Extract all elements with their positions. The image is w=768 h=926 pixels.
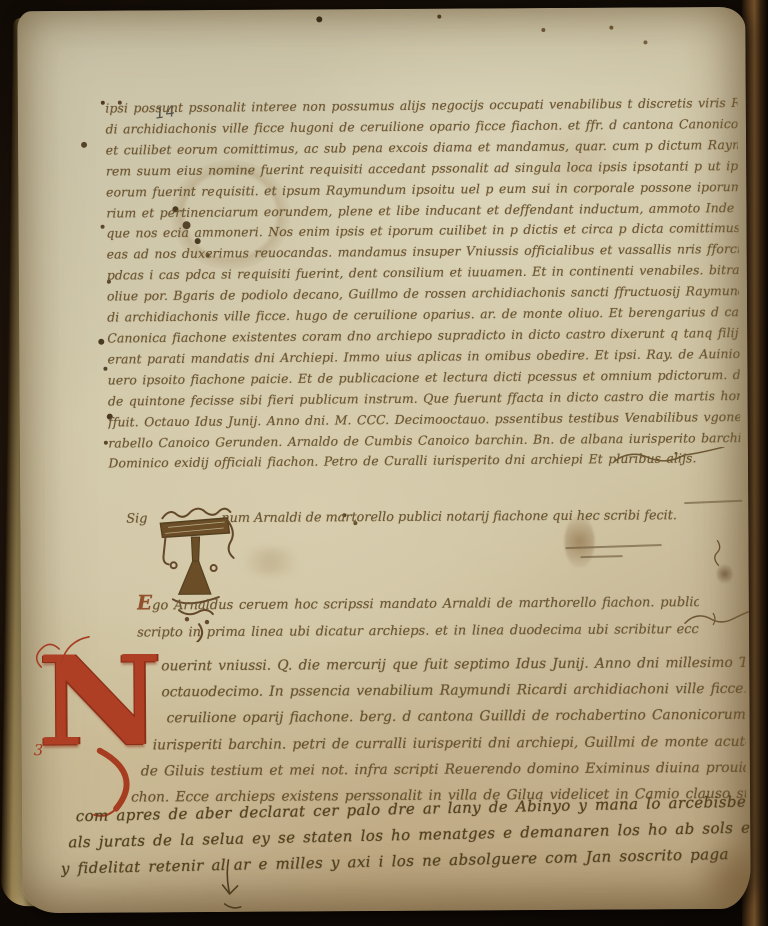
- main-text-block: ipsi possunt pssonalit interee non possu…: [105, 93, 740, 475]
- ego-subscription-block: Ego Arnaldus ceruem hoc scripssi mandato…: [137, 586, 699, 646]
- scratch-line: [684, 500, 742, 504]
- ink-specks: [17, 11, 21, 15]
- scratch-line: [581, 555, 623, 557]
- photo-backdrop: 14 ipsi possunt pssonalit interee non po…: [0, 0, 768, 926]
- nouerint-paragraph: ouerint vniussi. Q. die mercurij que fui…: [39, 650, 746, 812]
- text-line: iurisperiti barchin. petri de curralli i…: [40, 728, 746, 759]
- stain: [235, 547, 307, 575]
- text-line: ceruilione oparij fiachone. berg. d cant…: [39, 702, 745, 733]
- signum-text: num Arnaldi de martorello publici notari…: [221, 506, 677, 529]
- line-end-flourish: [612, 447, 742, 470]
- pen-trial-mark: [214, 858, 248, 913]
- bottom-catalan-note: com apres de aber declarat cer palo dre …: [76, 788, 751, 881]
- manuscript-page: 14 ipsi possunt pssonalit interee non po…: [17, 7, 750, 913]
- text-line: Ego Arnaldus ceruem hoc scripssi mandato…: [137, 586, 699, 620]
- signum-prefix: Sig: [126, 509, 147, 529]
- text-line: scripto in prima linea ubi dicatur archi…: [137, 617, 699, 647]
- line-end-flourish: [683, 609, 751, 631]
- margin-scribble: [706, 537, 730, 572]
- scratch-line: [566, 544, 662, 549]
